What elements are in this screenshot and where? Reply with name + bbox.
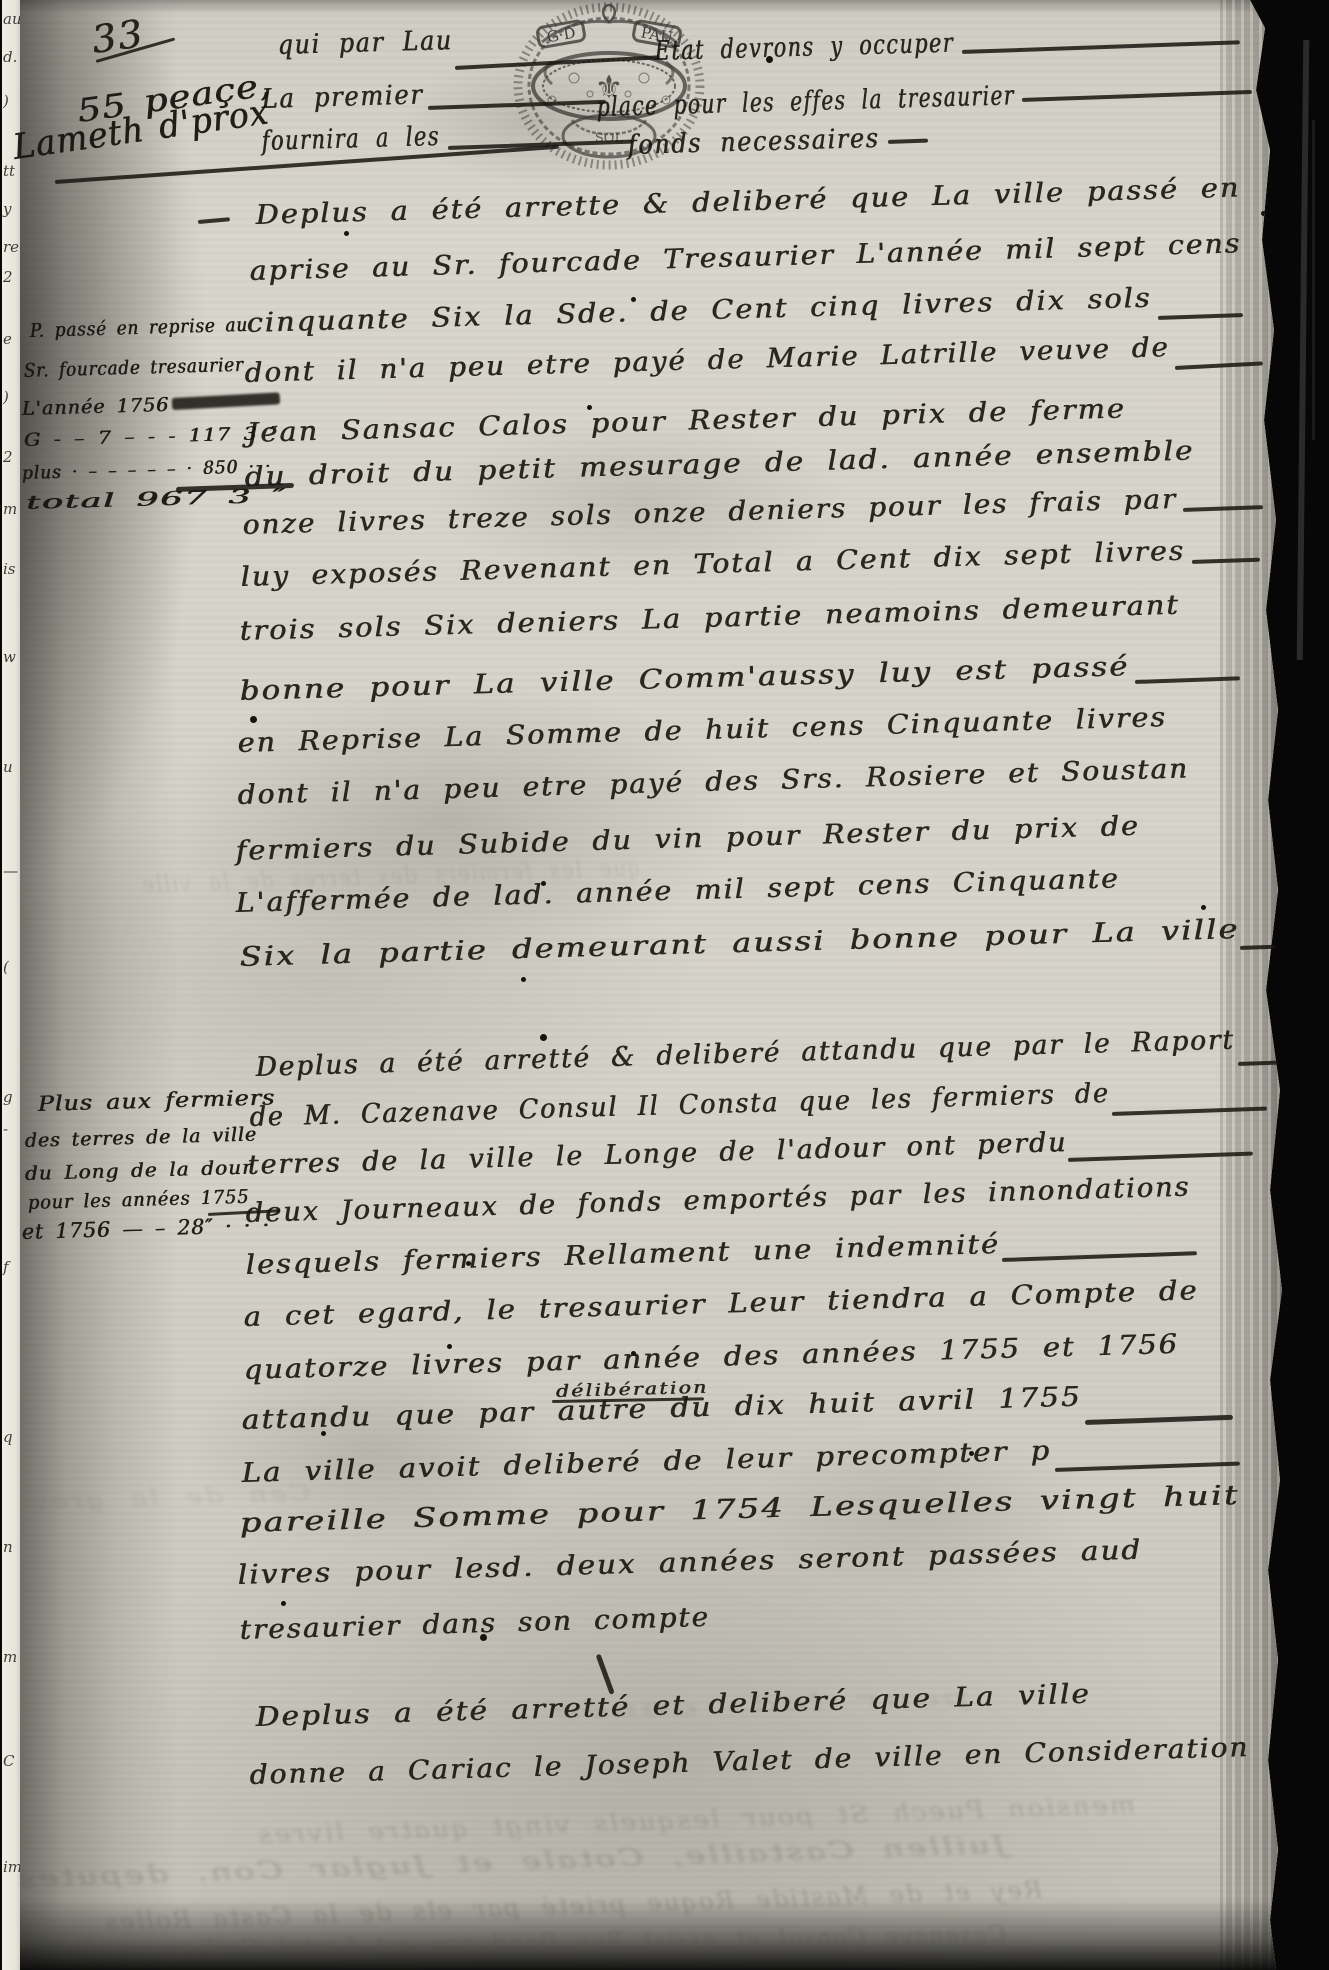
manuscript-header-line: fournira a les	[261, 121, 440, 157]
manuscript-body-line: Six la partie demeurant aussi bonne pour…	[239, 914, 1240, 973]
ink-stroke	[596, 1654, 615, 1695]
manuscript-body-line: Deplus a été arrette & deliberé que La v…	[255, 173, 1240, 231]
ink-stroke	[1068, 1152, 1253, 1162]
manuscript-body-line: lesquels fermiers Rellament une indemnit…	[245, 1229, 1000, 1281]
ink-stroke	[1240, 945, 1275, 950]
manuscript-body-line: en Reprise La Somme de huit cens Cinquan…	[237, 702, 1167, 759]
ink-stroke	[888, 139, 928, 144]
manuscript-body-line: cinquante Six la Sde. de Cent cinq livre…	[246, 283, 1152, 339]
ink-stroke	[1175, 361, 1263, 370]
ink-stroke	[1112, 1107, 1267, 1116]
margin-note-reprise-line: L'année 1756	[21, 394, 169, 420]
margin-note-fermiers-line: du Long de la dour	[24, 1157, 252, 1185]
manuscript-body-line: dont il n'a peu etre payé des Srs. Rosie…	[237, 753, 1189, 811]
manuscript-body-line: deux Journeaux de fonds emportés par les…	[245, 1172, 1191, 1229]
margin-note-reprise-line: G - – 7 – - - 117 3 ″	[23, 423, 279, 451]
manuscript-body-line: luy exposés Revenant en Total a Cent dix…	[240, 536, 1185, 593]
margin-note-reprise-line: Sr. fourcade tresaurier	[23, 354, 243, 382]
manuscript-body-line: Deplus a été arretté & deliberé attandu …	[255, 1025, 1235, 1083]
manuscript-body-line: livres pour lesd. deux années seront pas…	[237, 1535, 1142, 1591]
manuscript-body-line: onze livres treze sols onze deniers pour…	[242, 484, 1177, 541]
manuscript-body-line: tresaurier dans son compte	[239, 1602, 710, 1646]
ink-stroke	[1183, 505, 1263, 512]
manuscript-body-line: quatorze livres par année des années 175…	[243, 1329, 1179, 1386]
manuscript-body-line: terres de la ville le Longe de l'adour o…	[247, 1127, 1067, 1181]
manuscript-body-line: dont il n'a peu etre payé de Marie Latri…	[244, 332, 1170, 389]
ink-stroke	[1135, 676, 1240, 684]
margin-note-fermiers-line: pour les années 1755	[27, 1186, 249, 1214]
page-number: 33	[89, 11, 147, 62]
manuscript-header-line: Etat devrons y occuper	[654, 28, 954, 67]
manuscript-body-line: La ville avoit deliberé de leur precompt…	[241, 1435, 1051, 1489]
margin-note-fermiers-line: et 1756 — – 28″ · · ·	[21, 1213, 270, 1244]
manuscript-body-line: a cet egard, le tresaurier Leur tiendra …	[243, 1275, 1199, 1333]
ink-stroke	[428, 100, 606, 110]
manuscript-header-line: La premier	[261, 79, 424, 115]
manuscript-body-line: pareille Somme pour 1754 Lesquelles ving…	[239, 1480, 1240, 1539]
margin-note-fermiers-line: Plus aux fermiers	[37, 1085, 275, 1116]
manuscript-header-line: place pour les effes la tresaurier	[596, 80, 1015, 123]
ink-stroke	[1192, 558, 1260, 564]
ink-stroke	[1158, 313, 1243, 320]
ink-stroke	[1002, 1251, 1197, 1262]
margin-note-reprise-line: plus · – – – – – · 850 · ·	[21, 456, 271, 484]
ink-stroke	[1238, 1061, 1278, 1066]
manuscript-body-line: trois sols Six deniers La partie neamoin…	[239, 590, 1180, 647]
ink-stroke	[1055, 1462, 1240, 1472]
ink-stroke	[455, 55, 660, 70]
manuscript-body-line: donne a Cariac le Joseph Valet de ville …	[249, 1732, 1249, 1791]
ink-stroke	[962, 40, 1240, 54]
manuscript-body-line: fermiers du Subide du vin pour Rester du…	[235, 811, 1140, 867]
archival-scan: aud.)ttyre2e)2miswu—(g-fqnmCim G·D	[0, 0, 1329, 1970]
margin-note-fermiers-line: des terres de la ville	[24, 1124, 257, 1152]
ink-stroke	[198, 217, 230, 224]
manuscript-body-line: aprise au Sr. fourcade Tresaurier L'anné…	[249, 228, 1241, 287]
manuscript-body-line: bonne pour La ville Comm'aussy luy est p…	[239, 651, 1130, 707]
manuscript-header-line: qui par Lau	[277, 25, 453, 61]
ink-stroke	[1085, 1415, 1233, 1425]
ink-stroke	[172, 392, 280, 410]
manuscript-body-line: de M. Cazenave Consul Il Consta que les …	[249, 1078, 1110, 1133]
handwriting-layer: 33 qui par LauEtat devrons y occuperLa p…	[0, 0, 1329, 1970]
ink-stroke	[1022, 90, 1252, 102]
manuscript-header-line: fonds necessaires	[627, 123, 880, 161]
margin-note-reprise-line: P. passé en reprise au	[29, 314, 248, 342]
